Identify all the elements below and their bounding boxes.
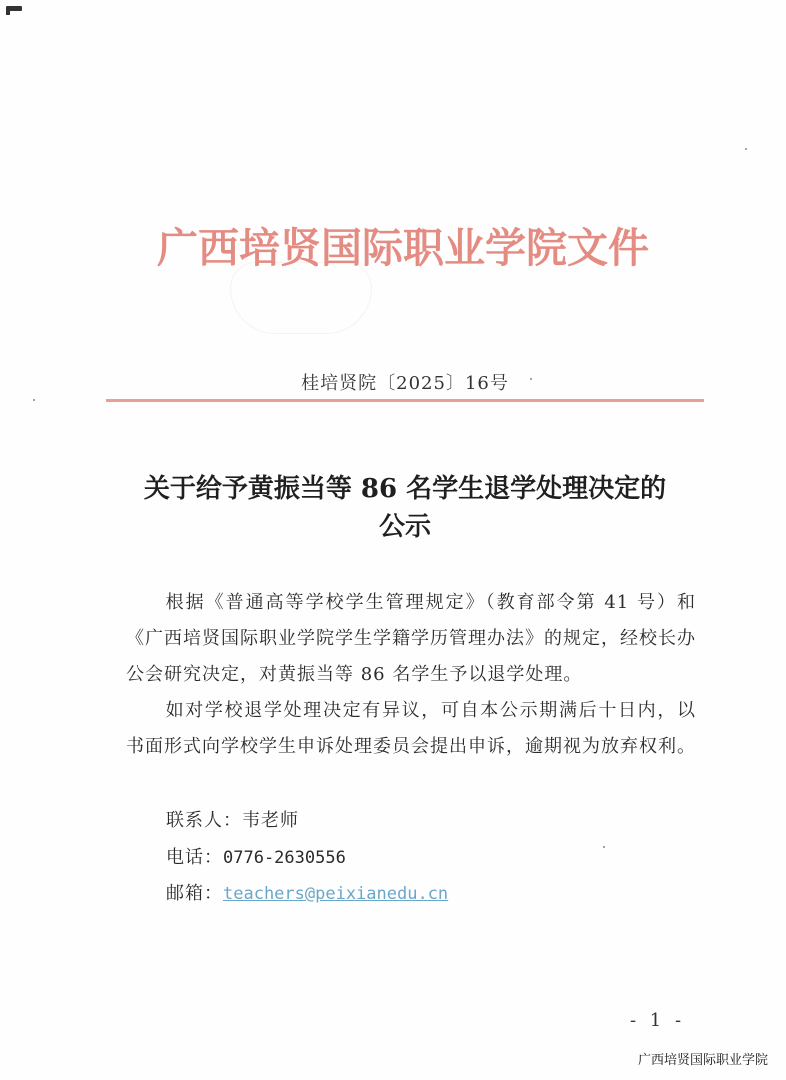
- scan-speck: [33, 399, 35, 401]
- body-text: 根据《普通高等学校学生管理规定》（教育部令第 41 号）和《广西培贤国际职业学院…: [126, 585, 696, 765]
- contact-email-label: 邮箱：: [166, 883, 223, 904]
- document-title: 关于给予黄振当等 86 名学生退学处理决定的 公示: [106, 470, 704, 546]
- scan-speck: [745, 148, 747, 150]
- document-page: 广西培贤国际职业学院文件 桂培贤院〔2025〕16号 关于给予黄振当等 86 名…: [0, 0, 786, 1080]
- contact-person-value: 韦老师: [242, 810, 299, 831]
- contact-email-link[interactable]: teachers@peixianedu.cn: [223, 884, 448, 904]
- title-line-2: 公示: [106, 508, 704, 546]
- page-number: - 1 -: [630, 1010, 685, 1031]
- contact-phone-line: 电话：0776-2630556: [166, 843, 346, 869]
- contact-phone-label: 电话：: [166, 847, 223, 868]
- faint-seal-watermark: [230, 262, 372, 334]
- contact-person-label: 联系人：: [166, 810, 242, 831]
- masthead-title: 广西培贤国际职业学院文件: [148, 218, 658, 278]
- footer-organization: 广西培贤国际职业学院: [638, 1049, 768, 1068]
- contact-email-line: 邮箱：teachers@peixianedu.cn: [166, 879, 448, 905]
- scan-speck: [603, 846, 605, 848]
- red-divider-line: [106, 399, 704, 402]
- document-number: 桂培贤院〔2025〕16号: [106, 369, 704, 395]
- contact-person-line: 联系人：韦老师: [166, 806, 299, 832]
- paragraph-appeal: 如对学校退学处理决定有异议，可自本公示期满后十日内，以书面形式向学校学生申诉处理…: [126, 693, 696, 765]
- scan-corner-mark: [6, 6, 22, 11]
- title-line-1: 关于给予黄振当等 86 名学生退学处理决定的: [106, 470, 704, 508]
- paragraph-decision: 根据《普通高等学校学生管理规定》（教育部令第 41 号）和《广西培贤国际职业学院…: [126, 585, 696, 693]
- contact-phone-value: 0776-2630556: [223, 848, 346, 868]
